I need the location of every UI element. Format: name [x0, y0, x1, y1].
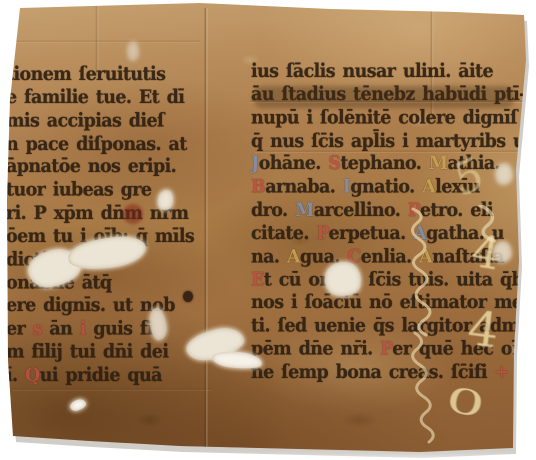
text-line: ī. Qui pridie quā: [6, 365, 194, 388]
text-segment: erpetua.: [328, 223, 413, 244]
colored-initial: J: [251, 154, 259, 175]
text-line: dro. Marcellino. Petro. eli: [251, 200, 536, 223]
damage-spot: [128, 42, 138, 60]
text-segment: er quē hec oīa: [392, 339, 529, 360]
text-segment: ius ſāclis nusar ulini. āite: [251, 61, 493, 82]
text-line: n pace diſponas. at: [6, 133, 194, 156]
colored-initial: A: [413, 223, 426, 244]
text-segment: m filij tui dn̄i dei: [6, 342, 168, 363]
text-segment: ui pridie quā: [40, 365, 162, 386]
text-segment: āpnatōe nos eripi.: [6, 157, 176, 178]
text-segment: ohāne.: [259, 154, 329, 175]
text-line: e familie tue. Et dī: [6, 87, 194, 110]
text-line: ere dignīs. ut nob: [6, 296, 194, 319]
text-segment: n pace diſponas. at: [6, 133, 187, 154]
crease-line: [15, 40, 200, 43]
colored-initial: B: [251, 177, 265, 198]
text-line: Johāne. Stephano. Mathia.: [251, 154, 536, 177]
colored-initial: E: [251, 269, 264, 290]
photo-background: { "colors":{ "background":"#ffffff", "pa…: [0, 0, 536, 460]
text-segment: etro. eli: [420, 200, 493, 221]
crease-line: [12, 388, 212, 391]
text-segment: pēm dn̄e nr̄i.: [251, 339, 380, 360]
text-segment: e familie tue. Et dī: [6, 87, 184, 108]
damage-spot: [496, 164, 512, 184]
colored-initial: Q: [25, 365, 40, 386]
colored-initial: +: [494, 362, 508, 383]
text-line: Barnaba. Ignatio. Alexīu: [251, 177, 536, 200]
colored-initial: P: [316, 223, 328, 244]
worm-hole: [183, 291, 193, 302]
text-segment: q̄ nus ſc̄is apl̄is i martyribs uī: [251, 130, 531, 151]
colored-initial: A: [287, 246, 300, 267]
text-segment: na.: [251, 246, 287, 267]
text-column-left: tionem ſeruitutise familie tue. Et dīmis…: [6, 64, 194, 388]
text-segment: gnatio.: [350, 177, 422, 198]
text-segment: tephano.: [340, 154, 428, 175]
colored-initial: s: [33, 319, 42, 340]
text-line: m filij tui dn̄i dei: [6, 342, 194, 365]
text-line: āu ſtadius tēnebz habūdi ptī-: [251, 84, 536, 107]
colored-initial: M: [295, 200, 314, 221]
text-segment: guis fi: [86, 319, 153, 340]
text-segment: mis accipias dieſ: [6, 110, 164, 131]
colored-initial: I: [343, 177, 351, 198]
text-segment: āu ſtadius tēnebz habūdi ptī-: [251, 84, 526, 105]
text-line: mis accipias dieſ: [6, 110, 194, 133]
text-segment: arnaba.: [265, 177, 343, 198]
text-line: āpnatōe nos eripi.: [6, 157, 194, 180]
colored-initial: A: [419, 246, 432, 267]
text-segment: dro.: [251, 200, 295, 221]
colored-initial: M: [429, 154, 448, 175]
colored-initial: S: [328, 154, 340, 175]
text-line: nupū i ſolēnitē colere dignīſ: [251, 107, 536, 130]
text-segment: er: [6, 319, 33, 340]
colored-initial: i: [80, 319, 86, 340]
parchment-leaf: tionem ſeruitutise familie tue. Et dīmis…: [0, 0, 536, 460]
damage-spot: [69, 398, 87, 413]
colored-initial: P: [408, 200, 420, 221]
chalk-digit: 0: [442, 379, 488, 426]
text-segment: tuor iubeas gre: [6, 180, 151, 201]
text-segment: arcellino.: [314, 200, 408, 221]
colored-initial: P: [380, 339, 392, 360]
text-segment: citate.: [251, 223, 316, 244]
text-segment: ān: [42, 319, 80, 340]
text-line: q̄ nus ſc̄is apl̄is i martyribs uī: [251, 130, 536, 153]
text-segment: nupū i ſolēnitē colere dignīſ: [251, 107, 517, 128]
text-segment: ī.: [6, 365, 25, 386]
text-segment: tionem ſeruitutis: [6, 64, 165, 85]
text-line: ius ſāclis nusar ulini. āite: [251, 61, 536, 84]
text-line: ne ſemp bona creas. ſc̄ifi +: [251, 362, 536, 385]
text-line: tionem ſeruitutis: [6, 64, 194, 87]
crease-line: [204, 8, 208, 450]
text-segment: enlia.: [361, 246, 419, 267]
colored-initial: A: [422, 177, 435, 198]
